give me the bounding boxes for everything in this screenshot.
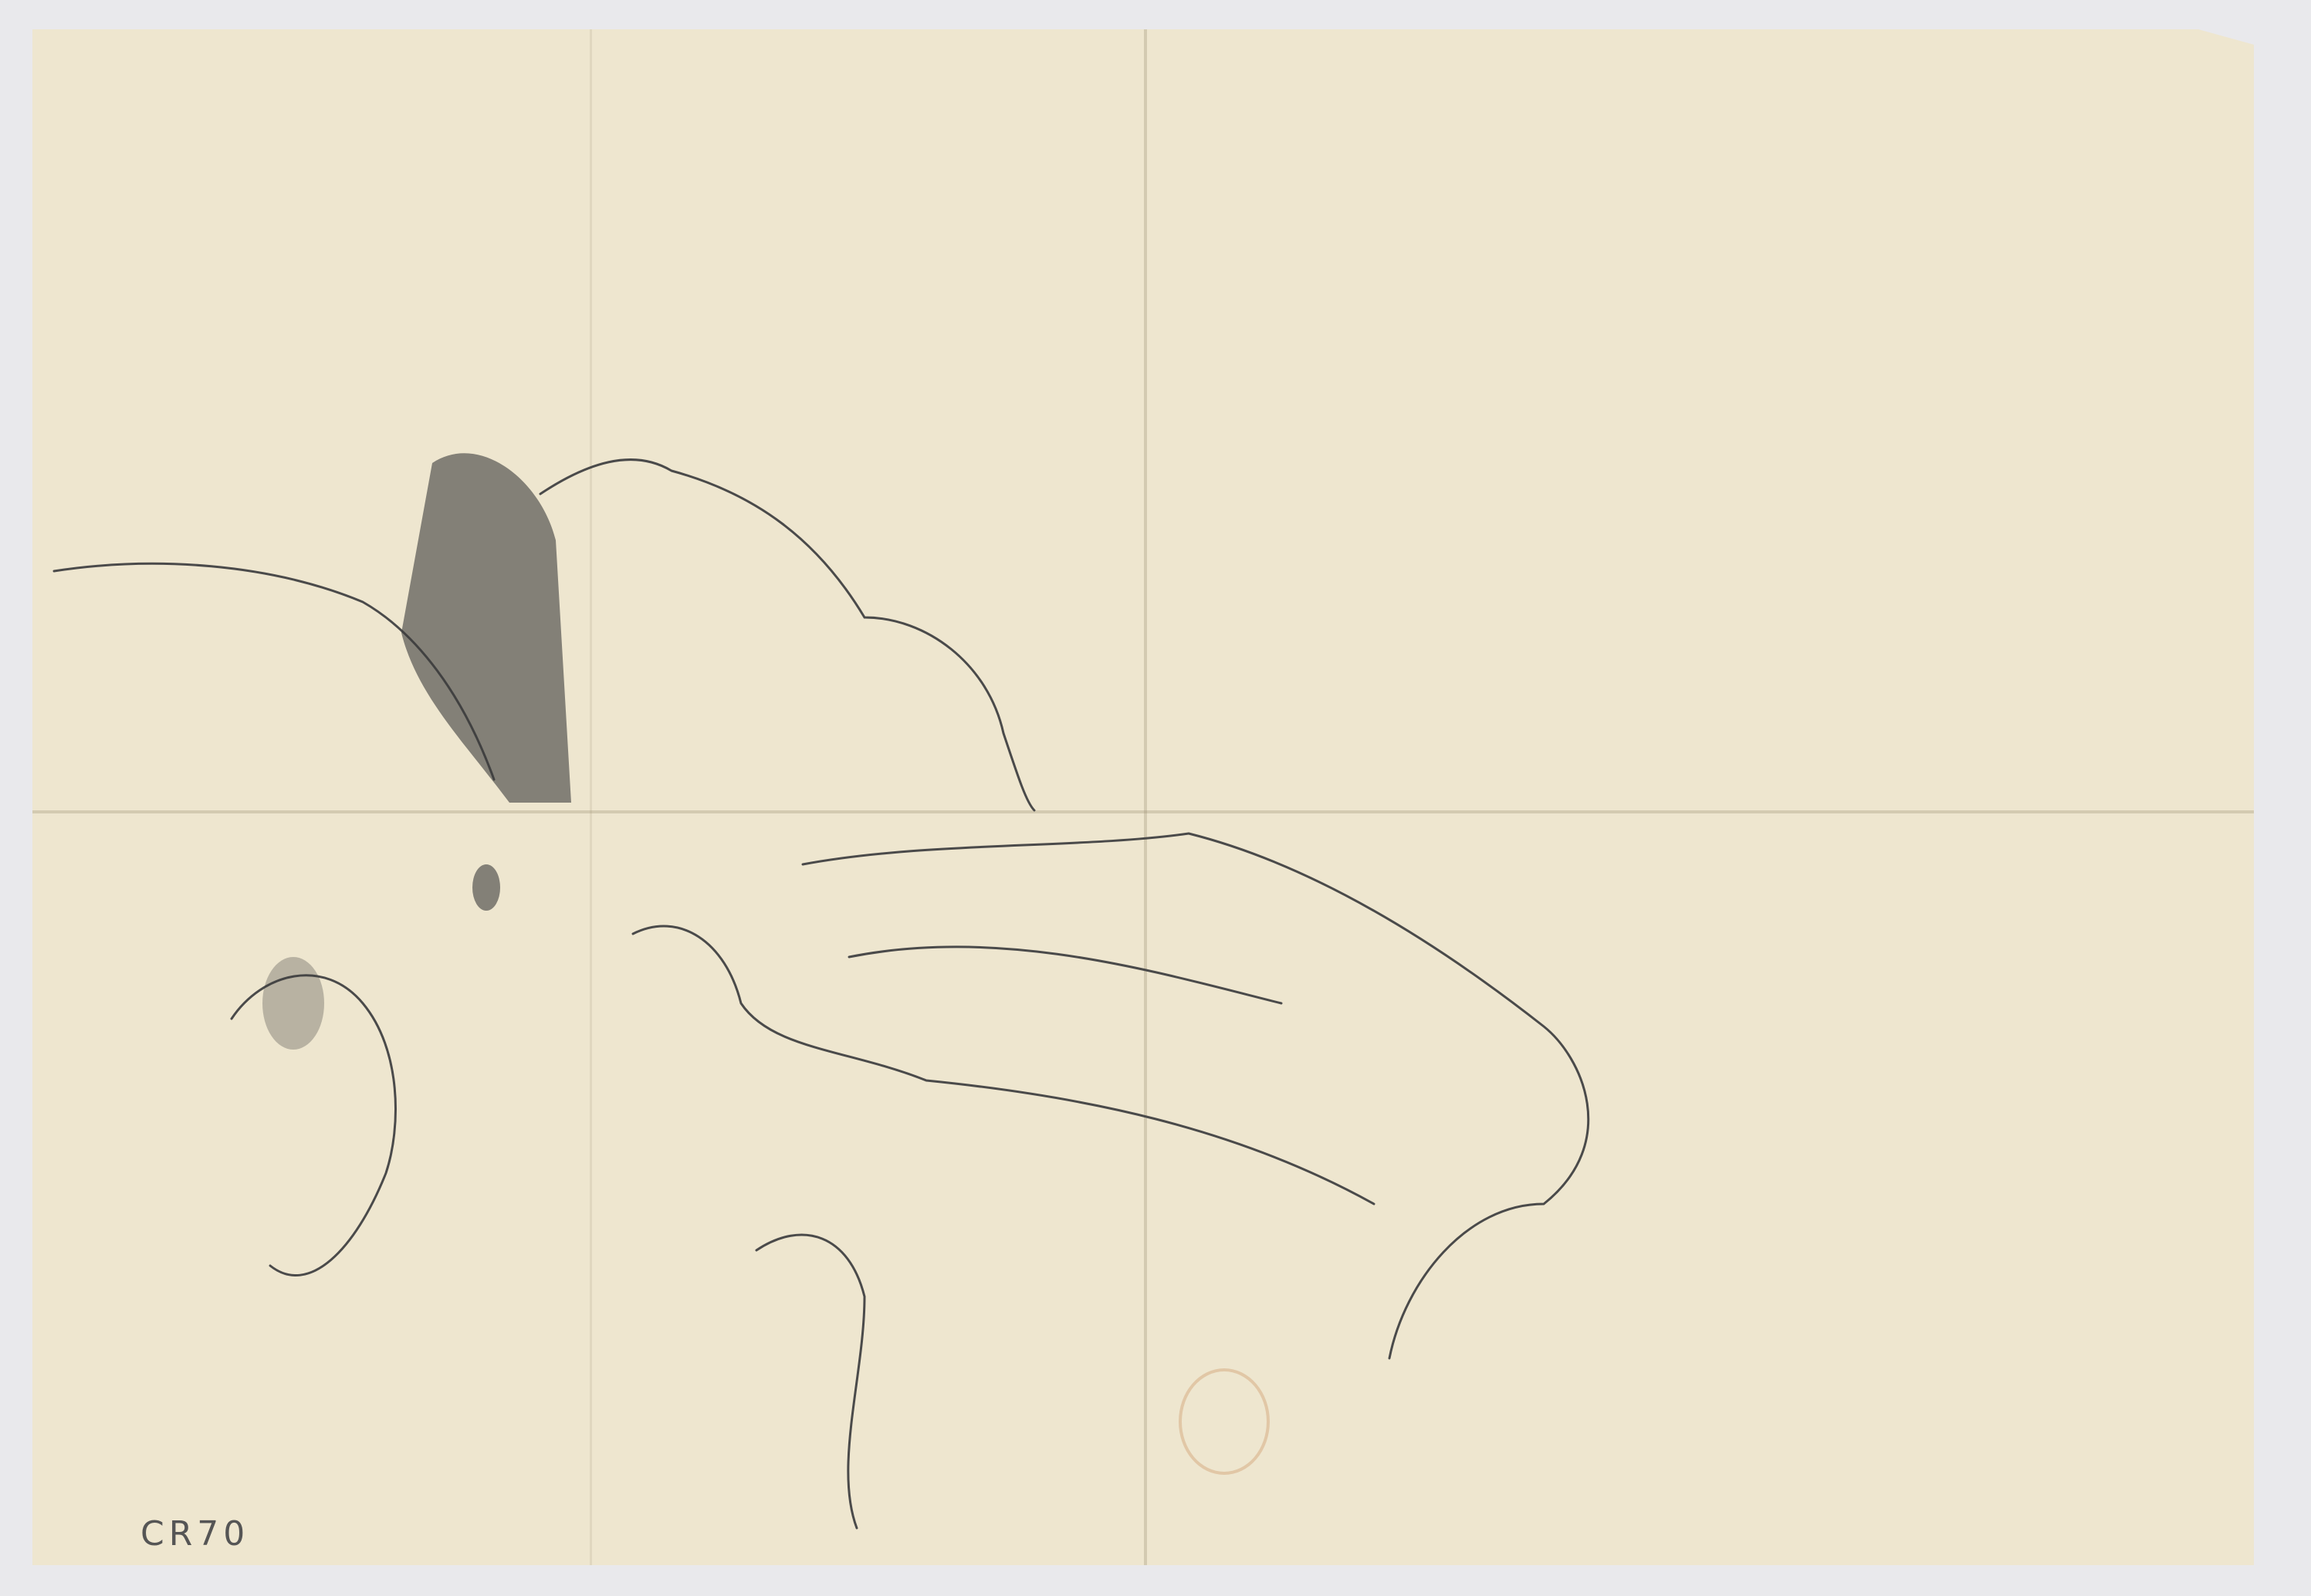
pencil-drawing <box>0 0 2311 1596</box>
inscription-label: CR70 <box>140 1514 249 1554</box>
